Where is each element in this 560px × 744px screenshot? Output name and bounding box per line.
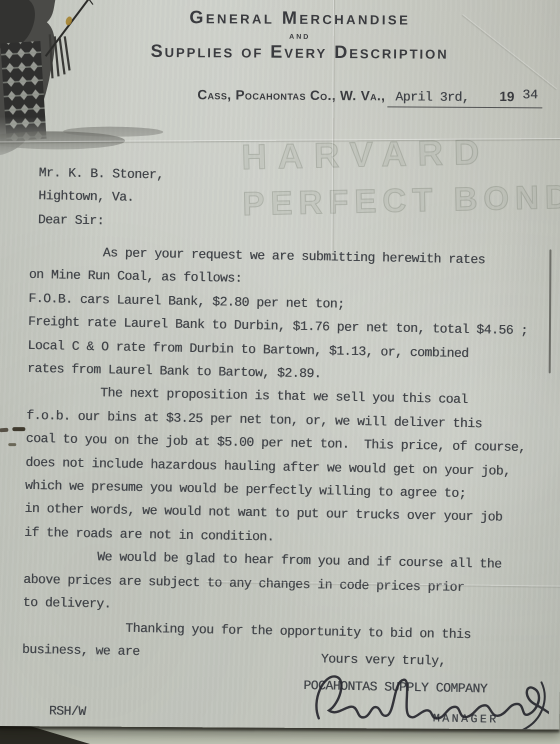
- recipient-city: Hightown, Va.: [38, 184, 163, 210]
- pen-mark: [0, 428, 8, 432]
- recipient-name: Mr. K. B. Stoner,: [39, 161, 164, 187]
- letter-paper: HARVARD PERFECT BOND: [0, 0, 560, 729]
- salutation: Dear Sir:: [38, 208, 163, 234]
- pen-mark: [8, 443, 16, 446]
- reference-initials: RSH/W: [49, 699, 86, 723]
- photo-of-letter: HARVARD PERFECT BOND: [0, 0, 560, 744]
- typed-content: Mr. K. B. Stoner, Hightown, Va. Dear Sir…: [0, 0, 560, 729]
- handwritten-signature: [308, 660, 549, 729]
- pen-mark: [12, 427, 25, 431]
- letter-body: As per your request we are submitting he…: [22, 240, 530, 670]
- recipient-block: Mr. K. B. Stoner, Hightown, Va. Dear Sir…: [38, 161, 164, 233]
